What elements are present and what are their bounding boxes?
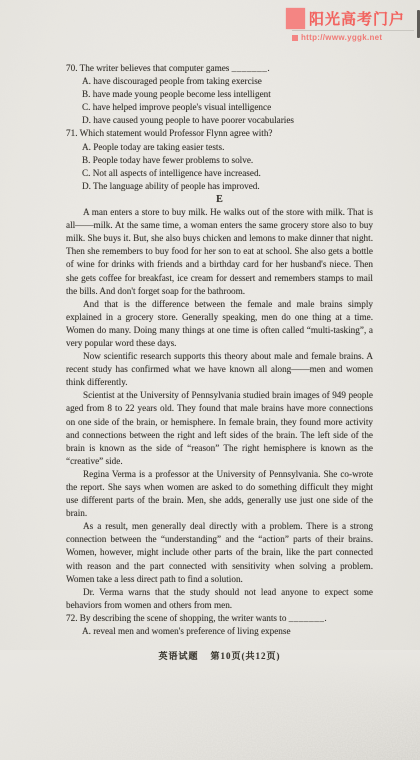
- question-stem-text: By describing the scene of shopping, the…: [77, 613, 288, 623]
- answer-blank: _______: [289, 613, 325, 623]
- question-72-stem: 72. By describing the scene of shopping,…: [66, 612, 373, 625]
- scanned-exam-page: 阳光高考门户 http://www.yggk.net 70. The write…: [0, 0, 420, 760]
- logo-url-row: http://www.yggk.net: [286, 33, 414, 42]
- passage-paragraph-2: And that is the difference between the f…: [66, 298, 373, 350]
- question-71-stem: 71. Which statement would Professor Flyn…: [66, 127, 373, 140]
- logo-title-row: 阳光高考门户: [286, 8, 414, 29]
- question-71: 71. Which statement would Professor Flyn…: [66, 127, 373, 192]
- option-a: A. reveal men and women's preference of …: [82, 625, 373, 638]
- stem-suffix: .: [267, 63, 269, 73]
- question-70-stem: 70. The writer believes that computer ga…: [66, 62, 373, 75]
- question-70-options: A. have discouraged people from taking e…: [82, 75, 373, 127]
- scan-noise-fade: [0, 650, 420, 760]
- passage-section-label: E: [66, 193, 373, 206]
- footer-page-info: 第10页(共12页): [211, 651, 281, 661]
- footer-doc-label: 英语试题: [158, 651, 198, 661]
- question-number: 70.: [66, 63, 77, 73]
- option-b: B. have made young people become less in…: [82, 88, 373, 101]
- answer-blank: _______: [232, 63, 268, 73]
- question-71-options: A. People today are taking easier tests.…: [82, 141, 373, 193]
- option-c: C. Not all aspects of intelligence have …: [82, 167, 373, 180]
- exam-content: 70. The writer believes that computer ga…: [66, 62, 373, 638]
- question-number: 71.: [66, 128, 77, 138]
- question-72-options: A. reveal men and women's preference of …: [82, 625, 373, 638]
- passage-paragraph-6: As a result, men generally deal directly…: [66, 520, 373, 585]
- page-footer: 英语试题第10页(共12页): [66, 649, 373, 662]
- passage-paragraph-5: Regina Verma is a professor at the Unive…: [66, 468, 373, 520]
- option-d: D. have caused young people to have poor…: [82, 114, 373, 127]
- site-logo: 阳光高考门户 http://www.yggk.net: [286, 8, 414, 42]
- option-c: C. have helped improve people's visual i…: [82, 101, 373, 114]
- option-a: A. have discouraged people from taking e…: [82, 75, 373, 88]
- logo-divider: [292, 30, 414, 31]
- question-number: 72.: [66, 613, 77, 623]
- passage-paragraph-3: Now scientific research supports this th…: [66, 350, 373, 389]
- passage-paragraph-1: A man enters a store to buy milk. He wal…: [66, 206, 373, 298]
- passage-paragraph-7: Dr. Verma warns that the study should no…: [66, 586, 373, 612]
- passage-paragraph-4: Scientist at the University of Pennsylva…: [66, 389, 373, 468]
- logo-bullet-icon: [292, 35, 298, 41]
- option-d: D. The language ability of people has im…: [82, 180, 373, 193]
- question-stem-text: Which statement would Professor Flynn ag…: [77, 128, 272, 138]
- question-stem-text: The writer believes that computer games: [77, 63, 231, 73]
- option-b: B. People today have fewer problems to s…: [82, 154, 373, 167]
- stem-suffix: .: [324, 613, 326, 623]
- logo-site-name: 阳光高考门户: [309, 8, 405, 29]
- logo-mark-icon: [286, 8, 305, 29]
- option-a: A. People today are taking easier tests.: [82, 141, 373, 154]
- logo-site-url[interactable]: http://www.yggk.net: [301, 33, 382, 42]
- question-72: 72. By describing the scene of shopping,…: [66, 612, 373, 638]
- question-70: 70. The writer believes that computer ga…: [66, 62, 373, 127]
